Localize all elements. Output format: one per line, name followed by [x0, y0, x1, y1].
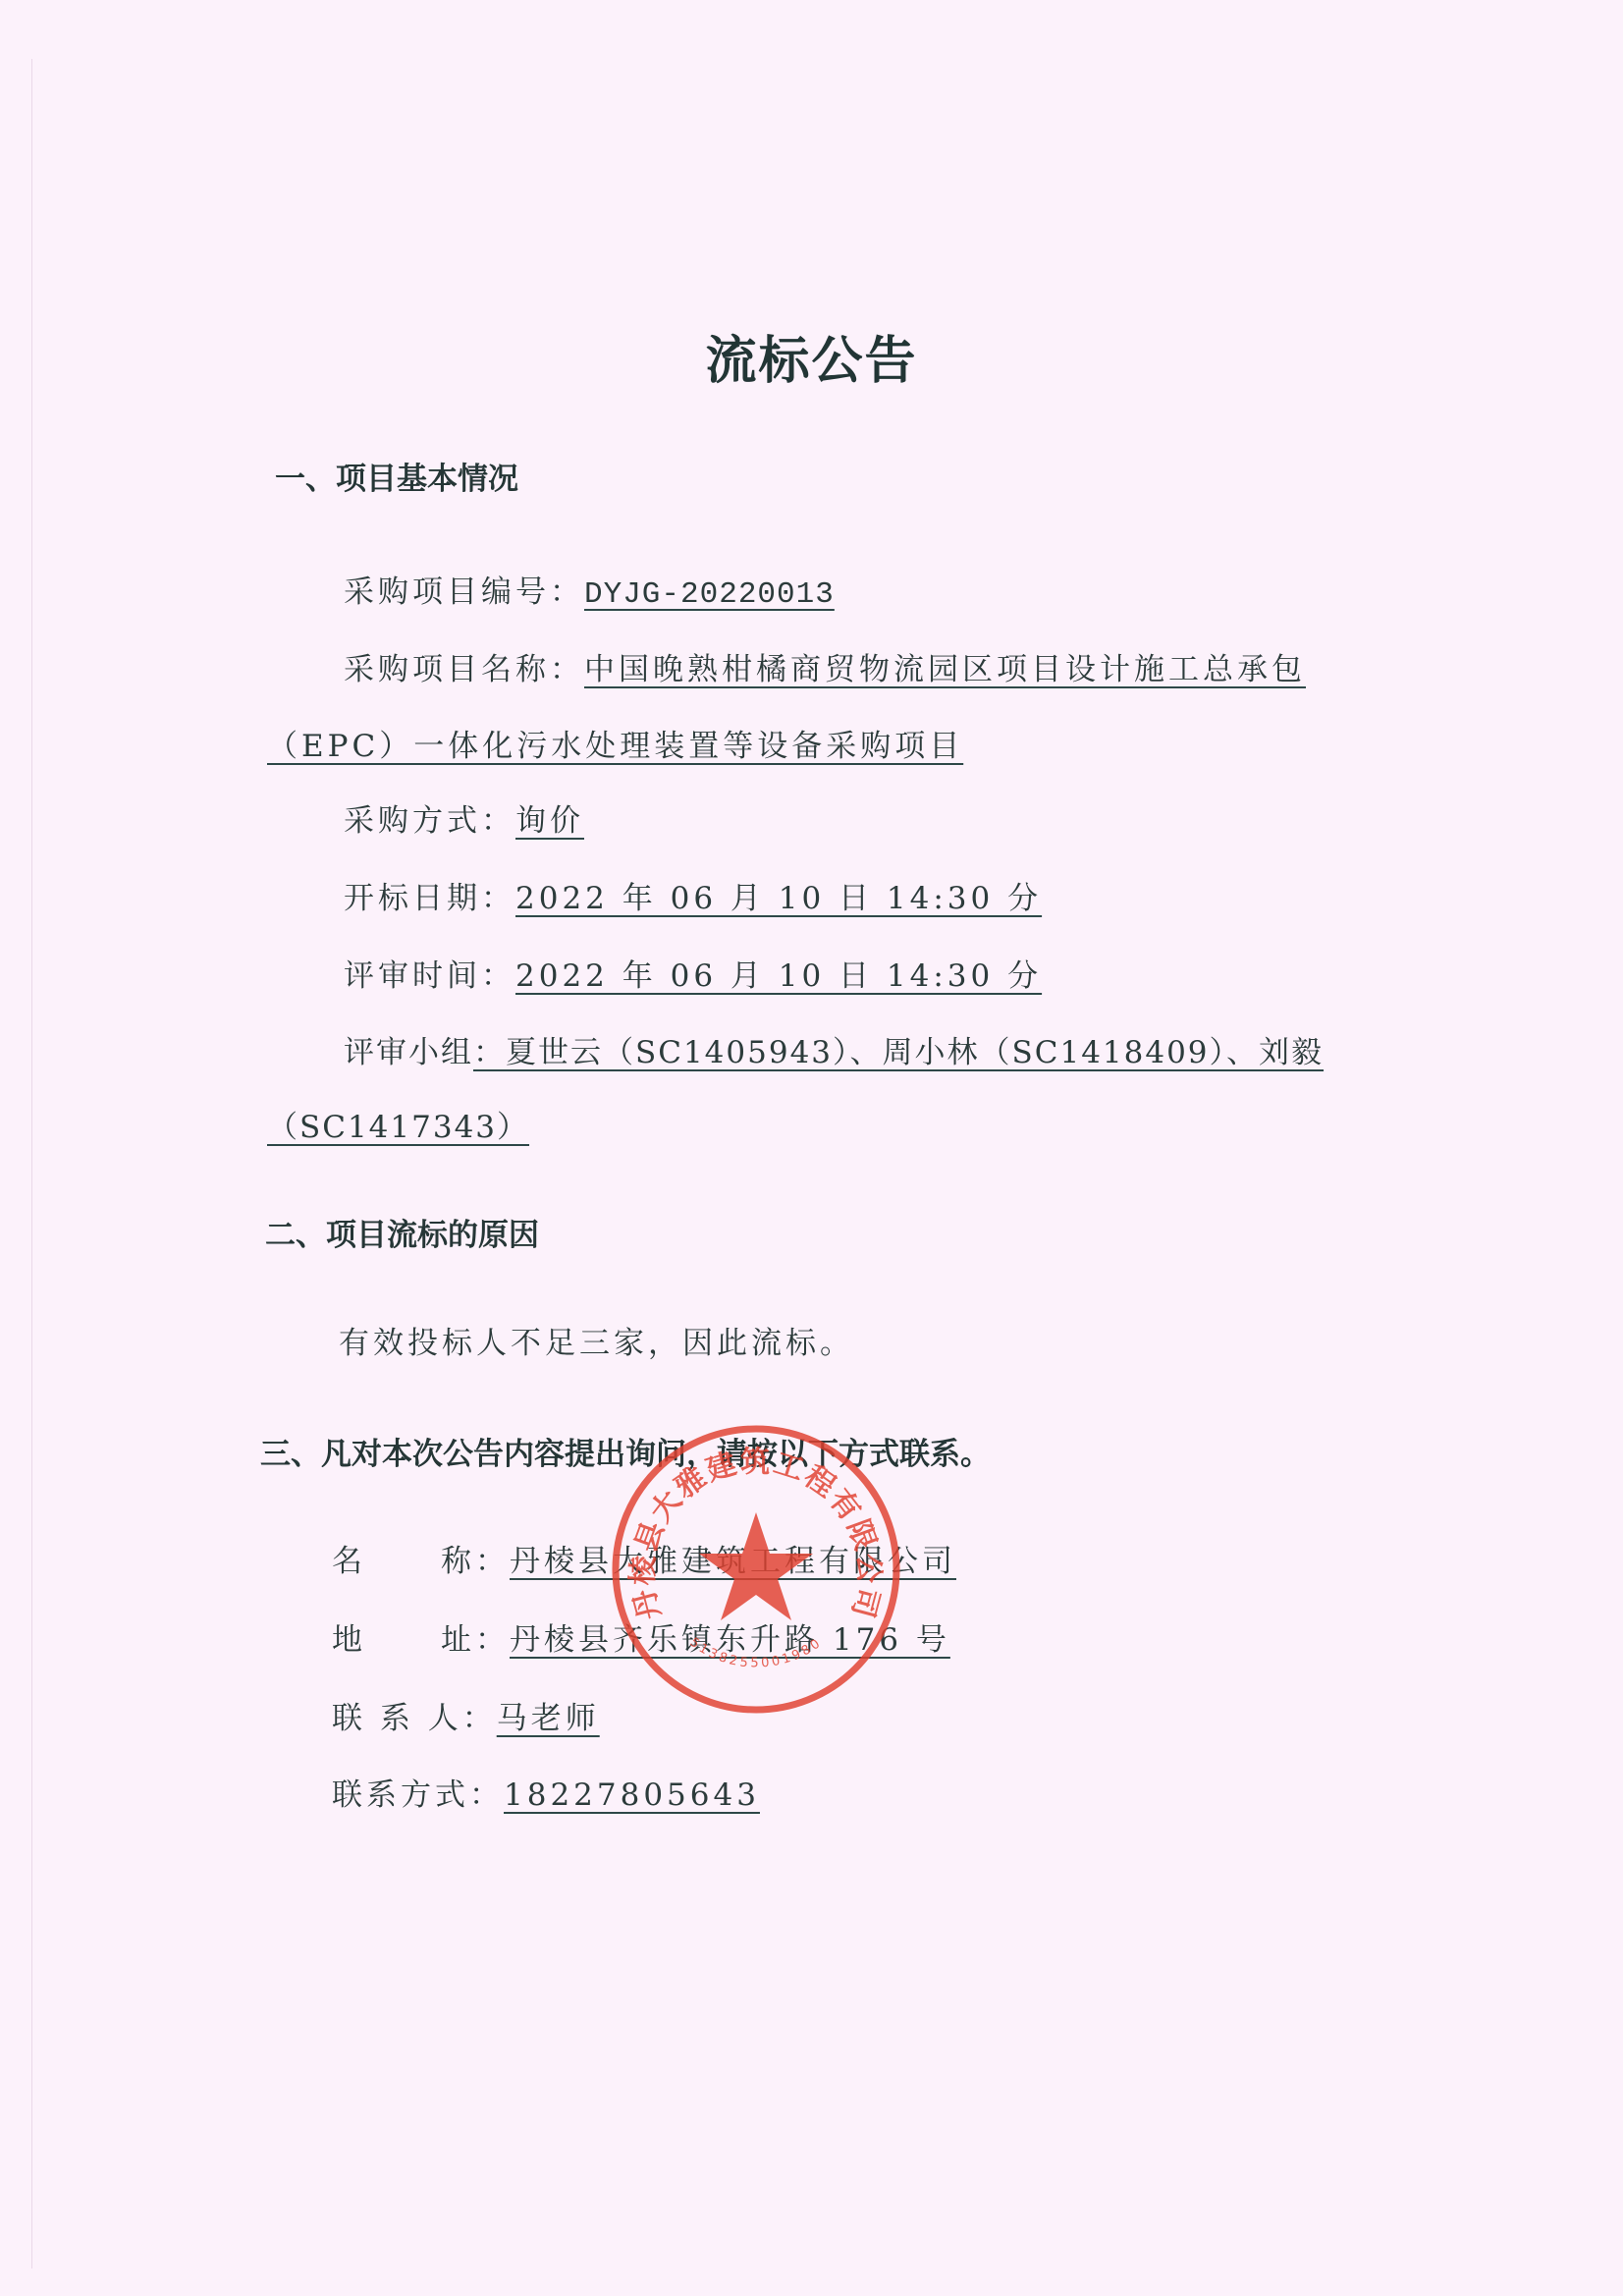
procurement-method-label: 采购方式：	[344, 803, 515, 839]
review-panel-row: 评审小组：夏世云（SC1405943）、周小林（SC1418409）、刘毅	[344, 1027, 1324, 1071]
project-name-value-line1: 中国晚熟柑橘商贸物流园区项目设计施工总承包	[584, 652, 1306, 687]
project-number-value: DYJG-20220013	[584, 577, 835, 612]
bid-opening-date-row: 开标日期：2022 年 06 月 10 日 14:30 分	[344, 873, 1042, 917]
project-name-row-2: （EPC）一体化污水处理装置等设备采购项目	[267, 721, 963, 765]
review-panel-label: 评审小组	[344, 1035, 473, 1070]
contact-phone-label: 联系方式：	[332, 1777, 504, 1813]
contact-name-label-b: 称：	[441, 1544, 510, 1579]
contact-phone-value: 18227805643	[504, 1777, 760, 1813]
review-panel-value-line1: ：夏世云（SC1405943）、周小林（SC1418409）、刘毅	[473, 1035, 1324, 1070]
contact-person-row: 联 系 人：马老师	[332, 1693, 600, 1737]
procurement-method-row: 采购方式：询价	[344, 795, 584, 840]
contact-name-label-a: 名	[332, 1544, 366, 1579]
contact-address-value: 丹棱县齐乐镇东升路 176 号	[510, 1622, 950, 1658]
contact-name-row: 名称：丹棱县大雅建筑工程有限公司	[332, 1536, 956, 1580]
review-time-value: 2022 年 06 月 10 日 14:30 分	[515, 958, 1042, 994]
document-page: 流标公告 一、项目基本情况 采购项目编号：DYJG-20220013 采购项目名…	[0, 0, 1623, 2296]
review-panel-value-line2: （SC1417343）	[267, 1110, 529, 1145]
contact-person-value: 马老师	[497, 1701, 600, 1736]
contact-address-label-b: 址：	[441, 1622, 510, 1658]
project-name-row: 采购项目名称：中国晚熟柑橘商贸物流园区项目设计施工总承包	[344, 644, 1306, 688]
failure-reason-text: 有效投标人不足三家，因此流标。	[339, 1318, 854, 1362]
section-heading-failure-reason: 二、项目流标的原因	[265, 1210, 539, 1254]
bid-opening-date-label: 开标日期：	[344, 881, 515, 916]
page-title: 流标公告	[0, 319, 1623, 393]
bid-opening-date-value: 2022 年 06 月 10 日 14:30 分	[515, 881, 1042, 916]
project-name-value-line2: （EPC）一体化污水处理装置等设备采购项目	[267, 729, 963, 764]
review-time-label: 评审时间：	[344, 958, 515, 994]
contact-person-label: 联 系 人：	[332, 1701, 497, 1736]
procurement-method-value: 询价	[515, 803, 584, 839]
review-panel-row-2: （SC1417343）	[267, 1102, 529, 1146]
section-heading-basic-info: 一、项目基本情况	[275, 454, 518, 498]
contact-address-label-a: 地	[332, 1622, 366, 1658]
review-time-row: 评审时间：2022 年 06 月 10 日 14:30 分	[344, 951, 1042, 995]
project-number-label: 采购项目编号：	[344, 574, 584, 610]
contact-address-row: 地址：丹棱县齐乐镇东升路 176 号	[332, 1614, 950, 1659]
section-heading-contact: 三、凡对本次公告内容提出询问，请按以下方式联系。	[260, 1429, 991, 1473]
project-number-row: 采购项目编号：DYJG-20220013	[344, 567, 835, 612]
contact-phone-row: 联系方式：18227805643	[332, 1770, 760, 1814]
project-name-label: 采购项目名称：	[344, 652, 584, 687]
contact-name-value: 丹棱县大雅建筑工程有限公司	[510, 1544, 956, 1579]
